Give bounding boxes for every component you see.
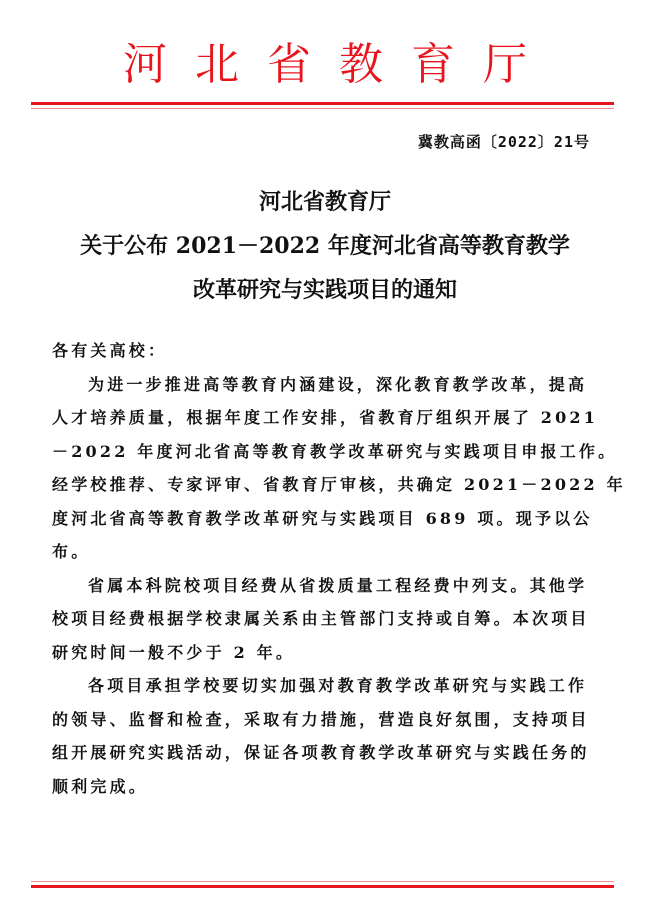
paragraph-line: 顺利完成。 <box>52 770 597 804</box>
paragraph-line: 研究时间一般不少于 2 年。 <box>52 636 597 670</box>
paragraph-line: 各项目承担学校要切实加强对教育教学改革研究与实践工作 <box>52 669 597 703</box>
paragraph-line: 为进一步推进高等教育内涵建设，深化教育教学改革，提高 <box>52 368 597 402</box>
paragraph-2: 省属本科院校项目经费从省拨质量工程经费中列支。其他学 校项目经费根据学校隶属关系… <box>52 569 597 670</box>
masthead-rule-top-thin <box>31 108 614 109</box>
paragraph-line: 度河北省高等教育教学改革研究与实践项目 689 项。现予以公 <box>52 502 597 536</box>
paragraph-3: 各项目承担学校要切实加强对教育教学改革研究与实践工作 的领导、监督和检查，采取有… <box>52 669 597 803</box>
paragraph-line: 经学校推荐、专家评审、省教育厅审核，共确定 2021－2022 年 <box>52 468 597 502</box>
notice-title-line-1: 河北省教育厅 <box>0 189 650 215</box>
paragraph-line: 校项目经费根据学校隶属关系由主管部门支持或自筹。本次项目 <box>52 602 597 636</box>
paragraph-line: 人才培养质量，根据年度工作安排，省教育厅组织开展了 2021 <box>52 401 597 435</box>
masthead-rule-top-thick <box>31 102 614 105</box>
paragraph-1: 为进一步推进高等教育内涵建设，深化教育教学改革，提高 人才培养质量，根据年度工作… <box>52 368 597 569</box>
paragraph-line: 省属本科院校项目经费从省拨质量工程经费中列支。其他学 <box>52 569 597 603</box>
paragraph-line: 组开展研究实践活动，保证各项教育教学改革研究与实践任务的 <box>52 736 597 770</box>
paragraph-line: －2022 年度河北省高等教育教学改革研究与实践项目申报工作。 <box>52 435 597 469</box>
paragraph-line: 的领导、监督和检查，采取有力措施，营造良好氛围，支持项目 <box>52 703 597 737</box>
notice-title-line-3: 改革研究与实践项目的通知 <box>0 277 650 303</box>
masthead-title: 河北省教育厅 <box>0 40 650 90</box>
paragraph-line: 布。 <box>52 535 597 569</box>
document-body: 各有关高校： 为进一步推进高等教育内涵建设，深化教育教学改革，提高 人才培养质量… <box>52 334 597 803</box>
document-number: 冀教高函〔2022〕21号 <box>418 131 590 152</box>
footer-rule-thin <box>31 881 614 882</box>
footer-rule-thick <box>31 885 614 888</box>
notice-title-line-2: 关于公布 2021－2022 年度河北省高等教育教学 <box>0 233 650 259</box>
salutation: 各有关高校： <box>52 334 597 368</box>
